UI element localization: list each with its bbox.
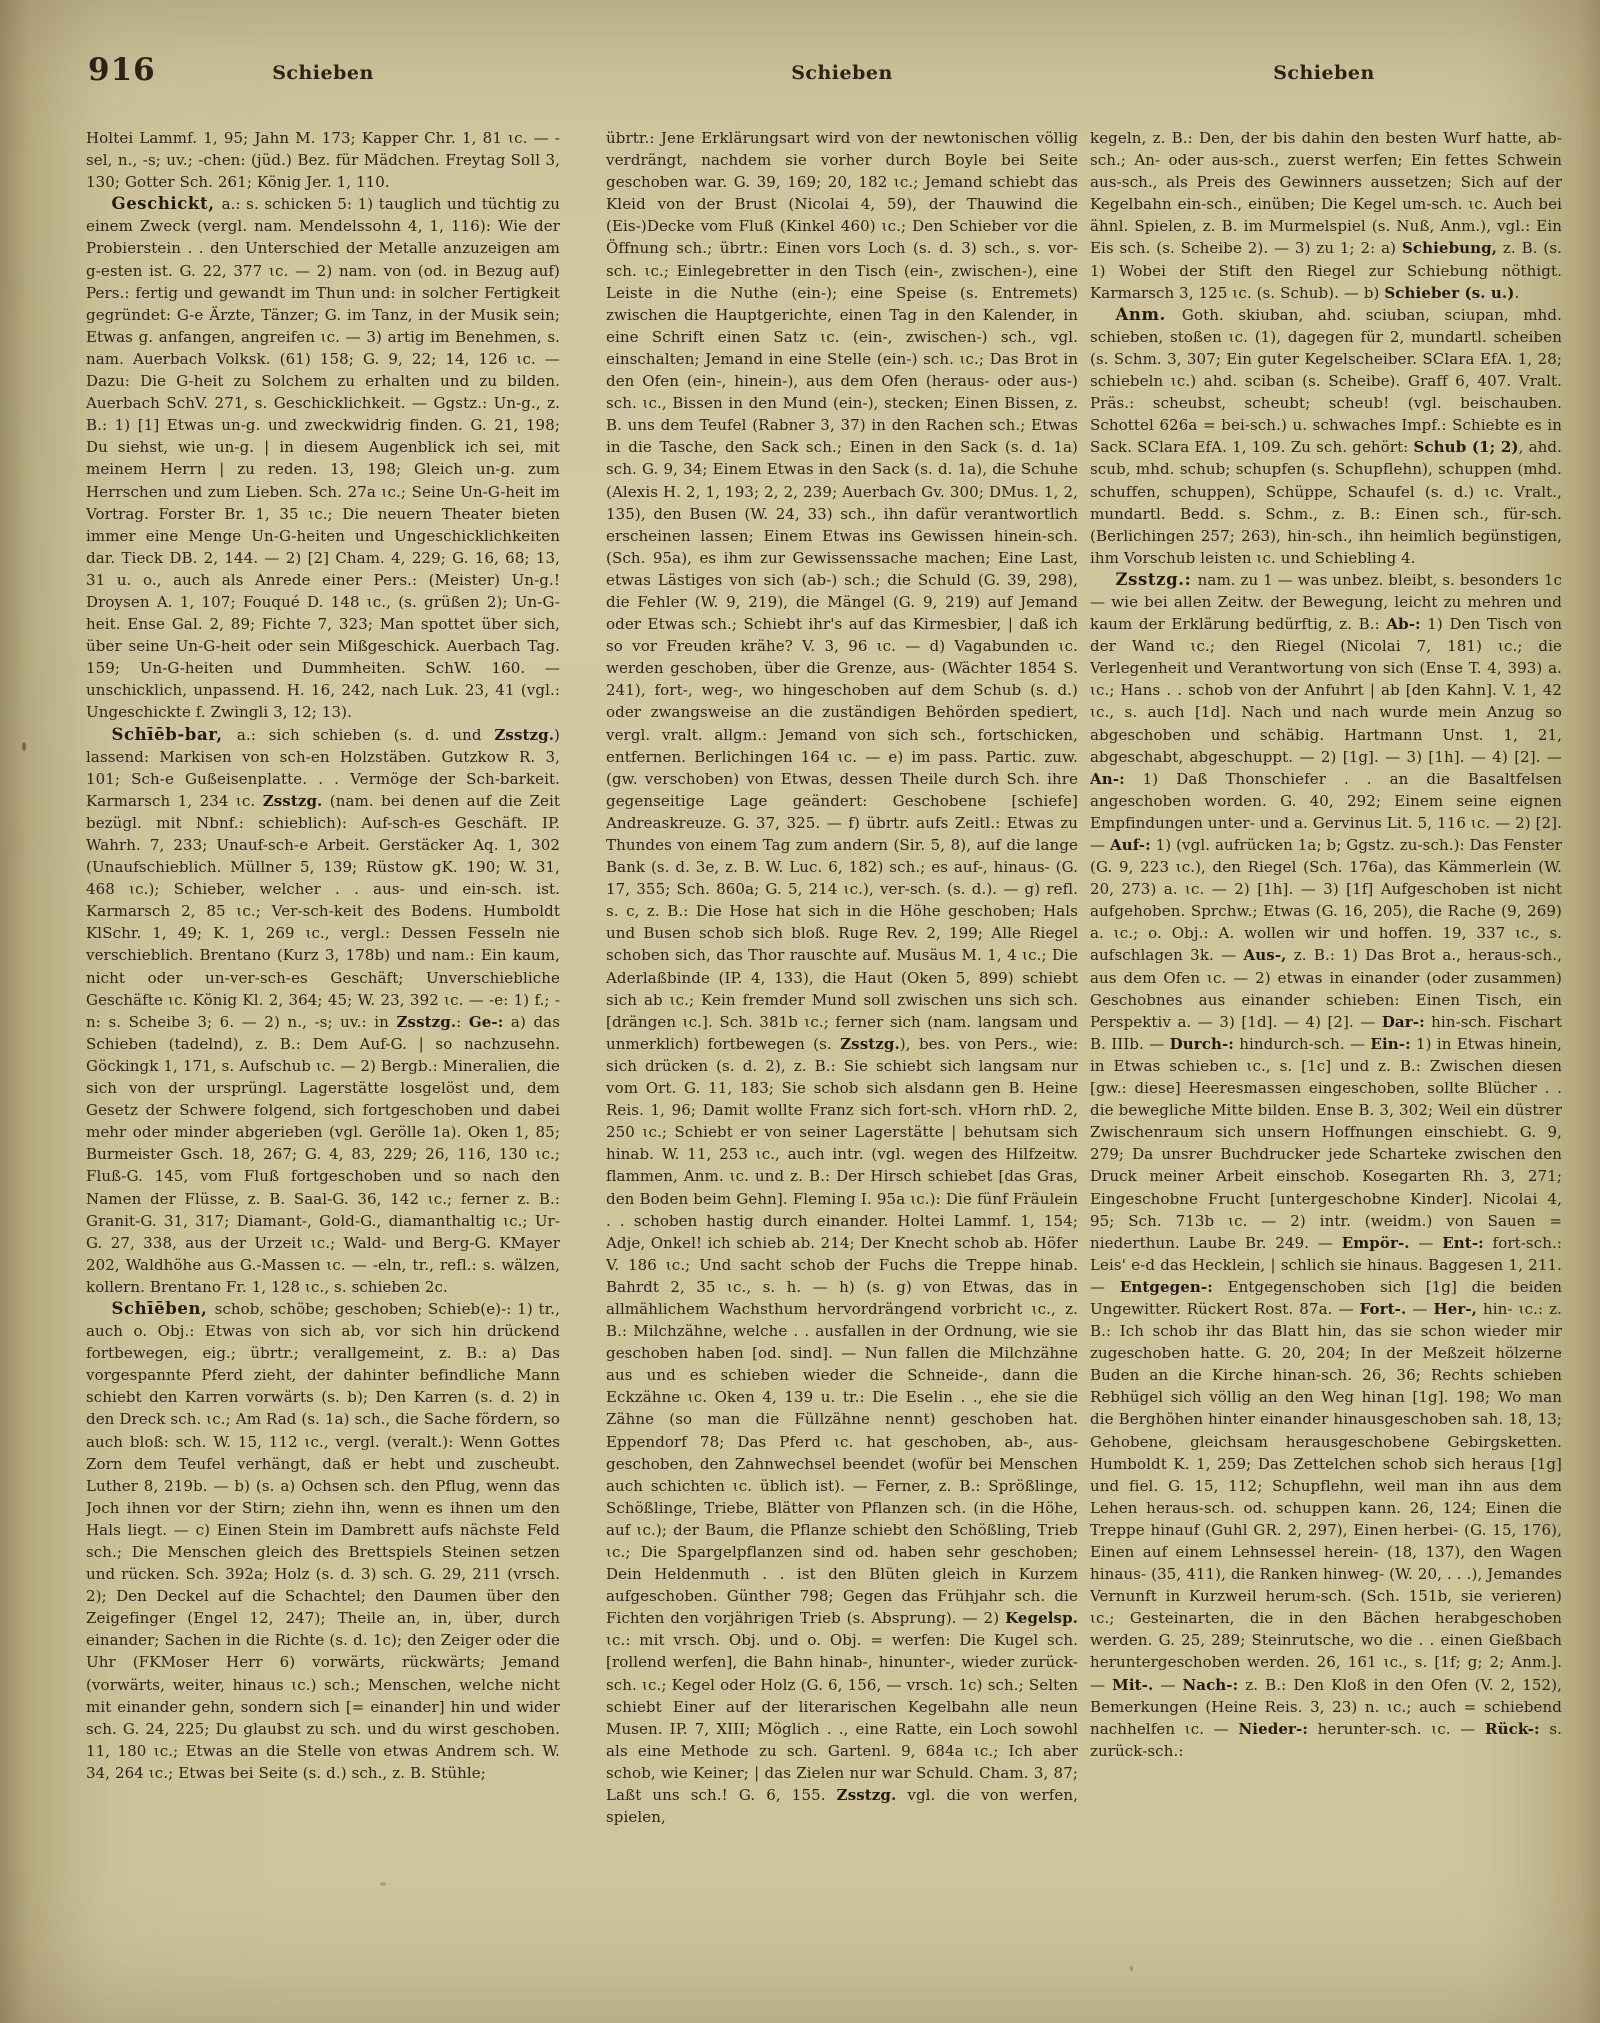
entry-headword: Schīēben, xyxy=(112,1299,215,1318)
paragraph: Schīēb-bar, a.: sich schieben (s. d. und… xyxy=(86,724,560,1298)
running-head-column-2: Schieben xyxy=(606,62,1078,84)
paper-speck xyxy=(22,742,26,751)
paragraph: Holtei Lammf. 1, 95; Jahn M. 173; Kapper… xyxy=(86,127,560,193)
text-column-2: übrtr.: Jene Erklärungsart wird von der … xyxy=(606,127,1078,1927)
running-head-column-3: Schieben xyxy=(1088,62,1560,84)
paragraph: Zsstzg.: nam. zu 1 — was unbez. bleibt, … xyxy=(1090,569,1562,1762)
paper-speck xyxy=(1130,1966,1133,1971)
paper-speck xyxy=(380,1882,386,1886)
paragraph: Anm. Goth. skiuban, ahd. sciuban, sciupa… xyxy=(1090,304,1562,569)
text-column-1: Holtei Lammf. 1, 95; Jahn M. 173; Kapper… xyxy=(86,127,560,1927)
entry-headword: Anm. xyxy=(1116,305,1182,324)
dictionary-page: 916 Schieben Schieben Schieben Holtei La… xyxy=(0,0,1600,2023)
paragraph: Geschickt, a.: s. schicken 5: 1) tauglic… xyxy=(86,193,560,723)
entry-headword: Zsstzg.: xyxy=(1116,570,1198,589)
entry-headword: Schīēb-bar, xyxy=(112,725,237,744)
running-head-column-1: Schieben xyxy=(86,62,560,84)
paragraph: übrtr.: Jene Erklärungsart wird von der … xyxy=(606,127,1078,1828)
paragraph: kegeln, z. B.: Den, der bis dahin den be… xyxy=(1090,127,1562,304)
paragraph: Schīēben, schob, schöbe; geschoben; Schi… xyxy=(86,1298,560,1784)
entry-headword: Geschickt, xyxy=(112,194,222,213)
text-column-3: kegeln, z. B.: Den, der bis dahin den be… xyxy=(1090,127,1562,1927)
